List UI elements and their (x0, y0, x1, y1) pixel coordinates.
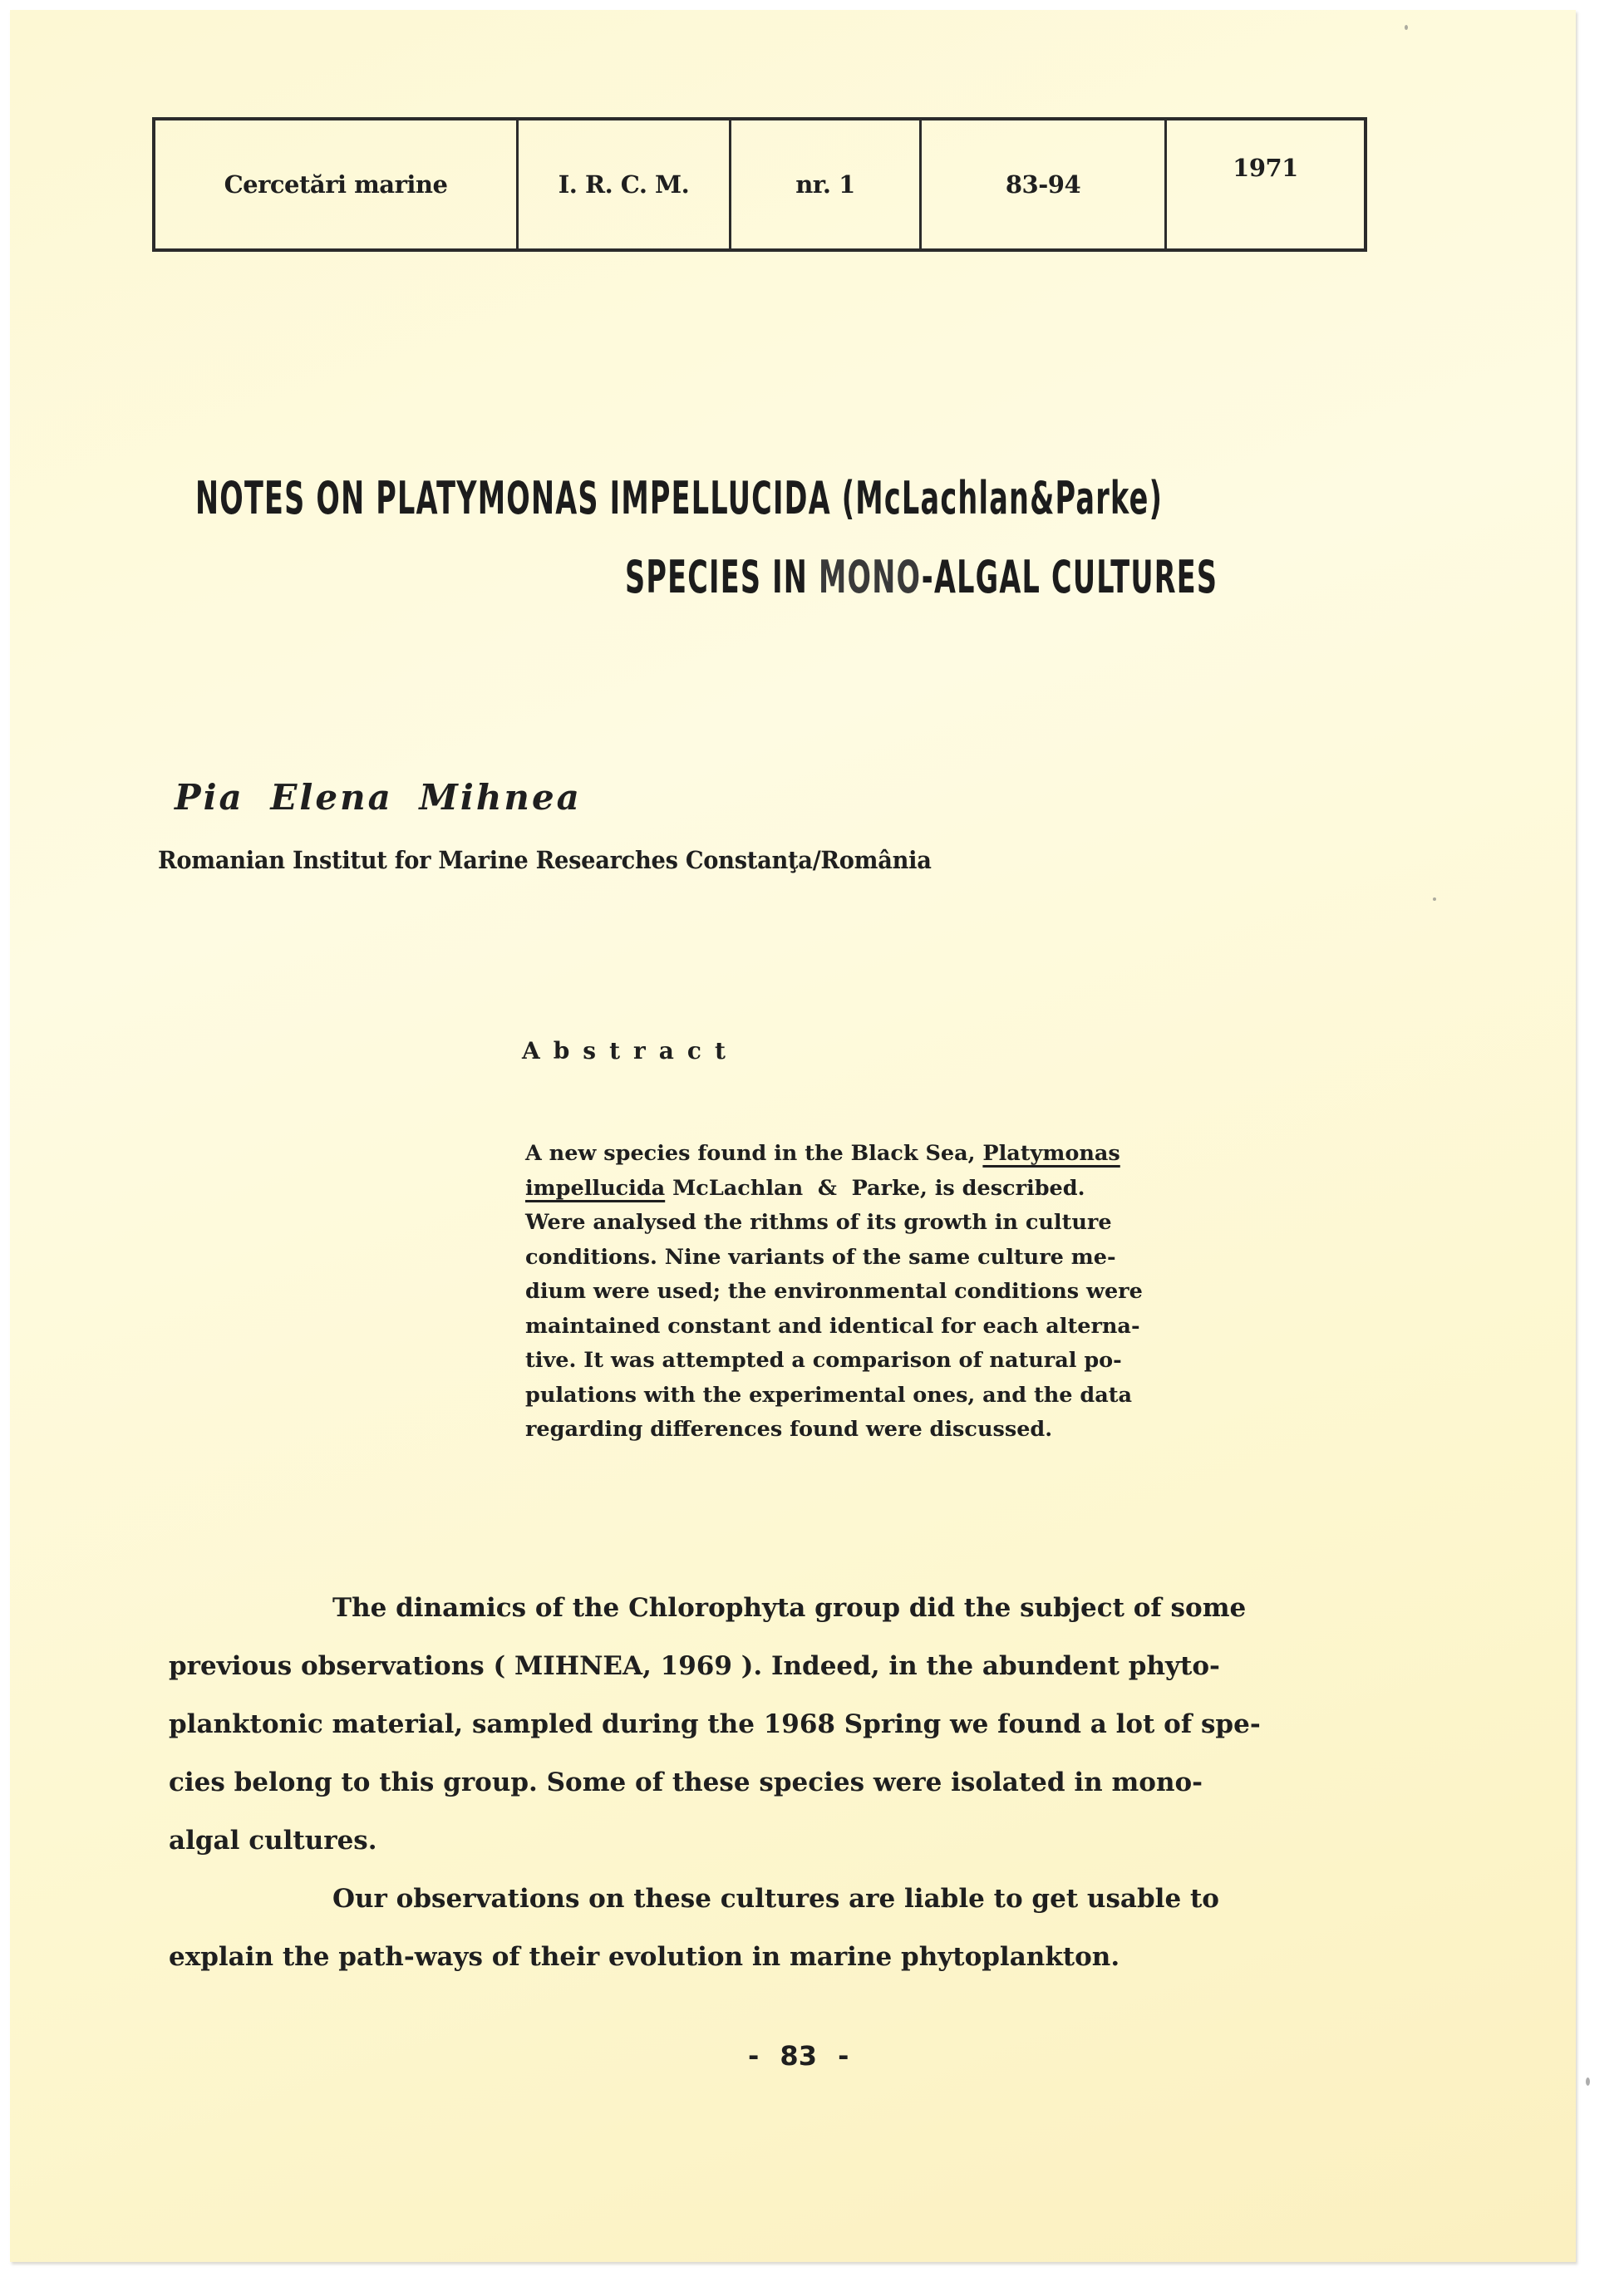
scan-speck (1405, 25, 1408, 30)
body-line: Our observations on these cultures are l… (169, 1870, 1349, 1928)
title-prefix: SPECIES IN (625, 551, 819, 603)
abstract-line: dium were used; the environmental condit… (525, 1275, 1290, 1310)
institute-cell: I. R. C. M. (519, 120, 731, 248)
issue-number-cell: nr. 1 (731, 120, 922, 248)
scan-speck (1433, 897, 1436, 901)
abstract-line: pulations with the experimental ones, an… (525, 1379, 1290, 1413)
abstract-heading: Abstract (522, 1037, 739, 1064)
abstract-line: A new species found in the Black Sea, Pl… (525, 1137, 1290, 1172)
body-line: The dinamics of the Chlorophyta group di… (169, 1579, 1349, 1637)
abstract-text: McLachlan & Parke, is described. (665, 1176, 1085, 1201)
species-name-underlined: Platymonas (982, 1141, 1120, 1166)
body-line: algal cultures. (169, 1812, 1349, 1870)
body-line: previous observations ( MIHNEA, 1969 ). … (169, 1637, 1349, 1695)
author-name: Pia Elena Mihnea (175, 777, 582, 818)
body-line: planktonic material, sampled during the … (169, 1695, 1349, 1753)
abstract-text: A new species found in the Black Sea, (525, 1141, 982, 1166)
abstract-line: tive. It was attempted a comparison of n… (525, 1344, 1290, 1379)
abstract-line: impellucida McLachlan & Parke, is descri… (525, 1172, 1290, 1207)
abstract-body: A new species found in the Black Sea, Pl… (525, 1137, 1290, 1448)
abstract-line: Were analysed the rithms of its growth i… (525, 1206, 1290, 1241)
title-highlight: MONO (819, 551, 922, 603)
abstract-line: conditions. Nine variants of the same cu… (525, 1241, 1290, 1276)
journal-name-cell: Cercetări marine (155, 120, 519, 248)
body-text: The dinamics of the Chlorophyta group di… (169, 1579, 1349, 1986)
journal-header-table: Cercetări marine I. R. C. M. nr. 1 83-94… (152, 117, 1367, 252)
abstract-line: regarding differences found were discuss… (525, 1413, 1290, 1448)
paper-title-line-1: NOTES ON PLATYMONAS IMPELLUCIDA (McLachl… (195, 472, 1163, 524)
page-range-cell: 83-94 (922, 120, 1167, 248)
year-cell: 1971 (1167, 120, 1364, 248)
author-affiliation: Romanian Institut for Marine Researches … (158, 846, 932, 874)
page-number: - 83 - (748, 2040, 849, 2072)
body-line: explain the path-ways of their evolution… (169, 1928, 1349, 1986)
abstract-line: maintained constant and identical for ea… (525, 1310, 1290, 1345)
title-suffix: -ALGAL CULTURES (922, 551, 1218, 603)
paper-title-line-2: SPECIES IN MONO-ALGAL CULTURES (625, 551, 1218, 603)
body-line: cies belong to this group. Some of these… (169, 1753, 1349, 1812)
species-name-underlined: impellucida (525, 1176, 665, 1201)
scan-speck (1586, 2077, 1590, 2086)
